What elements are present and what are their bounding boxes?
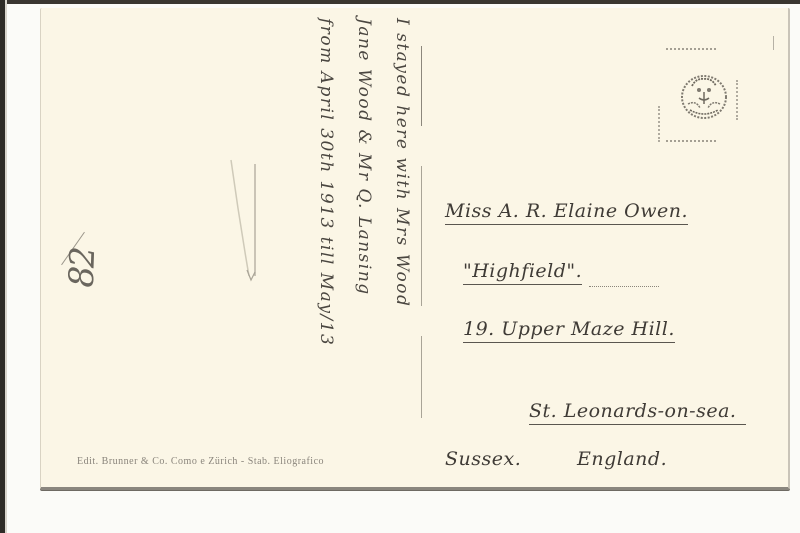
center-divider-line — [421, 46, 422, 418]
handwritten-message: I stayed here with Mrs Wood Jane Wood & … — [291, 18, 421, 478]
message-line-2: Jane Wood & Mr Q. Lansing — [345, 18, 383, 478]
scanner-edge-highlight — [5, 0, 7, 533]
faint-pencil-mark — [229, 158, 263, 283]
stamp-box — [658, 48, 740, 143]
address-house: "Highfield". — [463, 260, 582, 285]
recipient-address: Miss A. R. Elaine Owen. "Highfield". 19.… — [441, 188, 781, 478]
address-street: 19. Upper Maze Hill. — [463, 318, 675, 343]
address-dotted-fill — [589, 286, 659, 287]
address-county: Sussex. — [445, 448, 521, 470]
address-country: England. — [577, 448, 667, 470]
publisher-imprint: Edit. Brunner & Co. Como e Zürich - Stab… — [77, 456, 324, 467]
message-line-1: I stayed here with Mrs Wood — [383, 18, 421, 478]
scanner-edge-top — [0, 0, 800, 4]
stamp-box-top-dots — [666, 48, 716, 50]
stamp-box-bottom-dots — [666, 140, 716, 142]
address-town: St. Leonards-on-sea. — [529, 400, 746, 425]
stamp-box-right-dots — [736, 80, 738, 120]
pencil-lot-number: 82 — [62, 217, 134, 289]
postage-stamp-emblem-icon — [678, 70, 730, 122]
postcard-back: 82 I stayed here with Mrs Wood Jane Wood… — [40, 8, 790, 490]
message-line-3: from April 30th 1913 till May/13 — [307, 18, 345, 478]
address-name: Miss A. R. Elaine Owen. — [445, 200, 688, 225]
stamp-box-left-dots — [658, 106, 660, 142]
corner-tick-mark — [773, 36, 774, 50]
